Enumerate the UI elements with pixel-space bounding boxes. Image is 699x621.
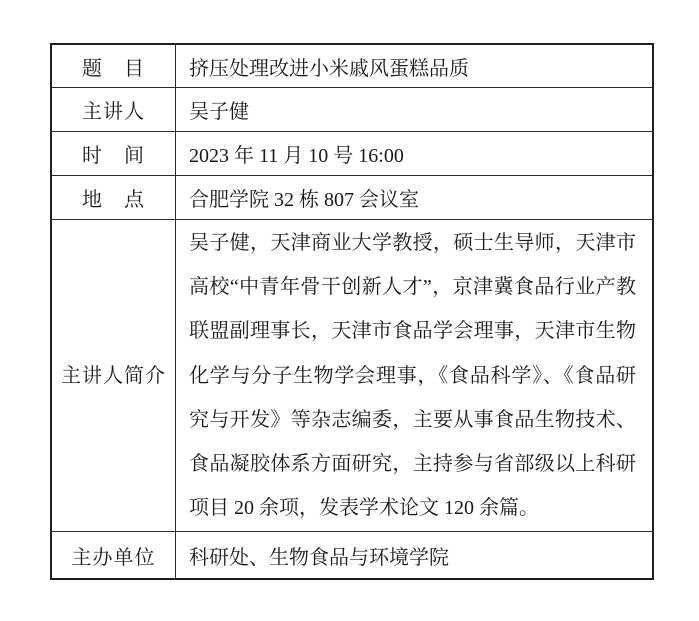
table-row-speaker-bio: 主讲人简介 吴子健，天津商业大学教授，硕士生导师，天津市高校“中青年骨干创新人才… [52, 220, 652, 532]
speaker-value: 吴子健 [176, 88, 652, 131]
table-row-title: 题 目 挤压处理改进小米戚风蛋糕品质 [52, 45, 652, 88]
location-value-text: 合肥学院 32 栋 807 会议室 [189, 183, 636, 212]
title-label: 题 目 [52, 45, 176, 87]
speaker-bio-label-text: 主讲人简介 [61, 354, 166, 398]
organizer-label: 主办单位 [52, 532, 176, 578]
speaker-bio-value-text: 吴子健，天津商业大学教授，硕士生导师，天津市高校“中青年骨干创新人才”，京津冀食… [189, 221, 636, 530]
speaker-bio-value: 吴子健，天津商业大学教授，硕士生导师，天津市高校“中青年骨干创新人才”，京津冀食… [176, 220, 652, 531]
speaker-label-text: 主讲人 [82, 95, 145, 124]
speaker-label: 主讲人 [52, 88, 176, 131]
speaker-value-text: 吴子健 [189, 95, 636, 124]
page: { "page": { "background_color": "#ffffff… [0, 0, 699, 621]
time-value: 2023 年 11 月 10 号 16:00 [176, 132, 652, 175]
title-value-text: 挤压处理改进小米戚风蛋糕品质 [189, 52, 636, 81]
speaker-bio-label: 主讲人简介 [52, 220, 176, 531]
location-label-text: 地 点 [82, 183, 145, 212]
organizer-label-text: 主办单位 [72, 541, 156, 570]
title-label-text: 题 目 [82, 52, 145, 81]
organizer-value-text: 科研处、生物食品与环境学院 [189, 541, 636, 570]
title-value: 挤压处理改进小米戚风蛋糕品质 [176, 45, 652, 87]
time-label-text: 时 间 [82, 139, 145, 168]
table-row-time: 时 间 2023 年 11 月 10 号 16:00 [52, 132, 652, 176]
location-value: 合肥学院 32 栋 807 会议室 [176, 176, 652, 219]
time-label: 时 间 [52, 132, 176, 175]
table-row-location: 地 点 合肥学院 32 栋 807 会议室 [52, 176, 652, 220]
table-row-speaker: 主讲人 吴子健 [52, 88, 652, 132]
location-label: 地 点 [52, 176, 176, 219]
seminar-notice-table: 题 目 挤压处理改进小米戚风蛋糕品质 主讲人 吴子健 时 间 2023 年 11… [50, 43, 654, 580]
time-value-text: 2023 年 11 月 10 号 16:00 [189, 139, 636, 168]
organizer-value: 科研处、生物食品与环境学院 [176, 532, 652, 578]
table-row-organizer: 主办单位 科研处、生物食品与环境学院 [52, 532, 652, 578]
